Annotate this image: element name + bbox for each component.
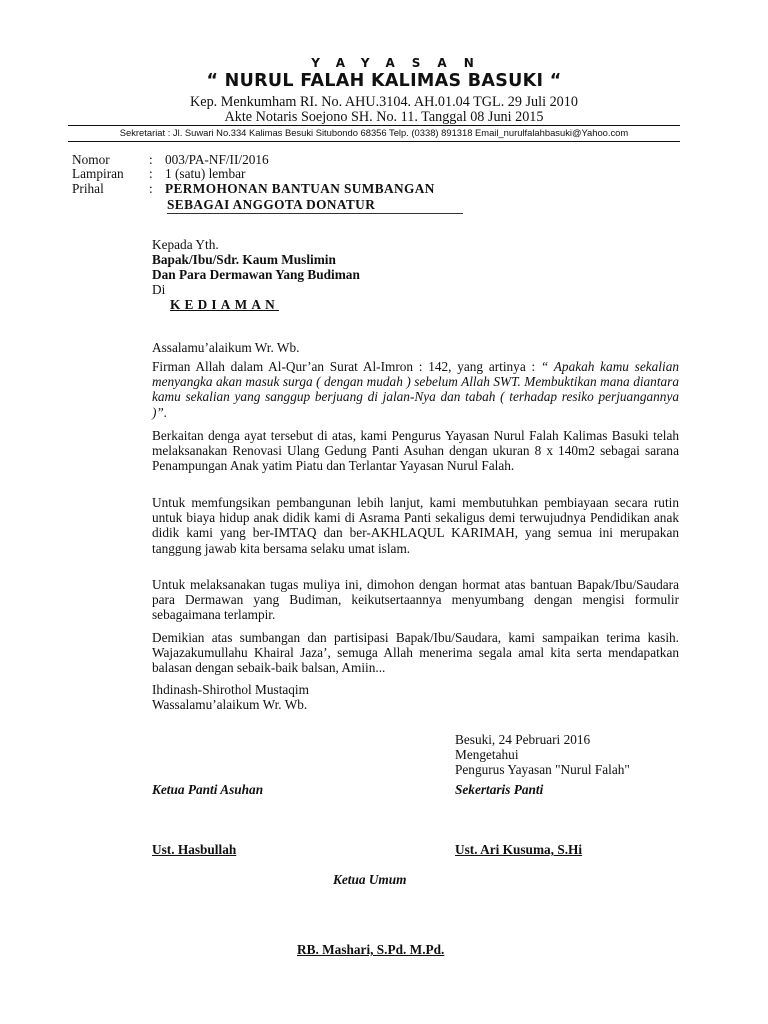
letterhead-address: Sekretariat : Jl. Suwari No.334 Kalimas … <box>68 126 680 139</box>
paragraph-renovation: Berkaitan denga ayat tersebut di atas, k… <box>152 428 679 474</box>
prihal-value-line2: SEBAGAI ANGGOTA DONATUR <box>167 197 375 212</box>
signature-right-role: Sekertaris Panti <box>455 782 543 797</box>
signature-center-name: RB. Mashari, S.Pd. M.Pd. <box>297 942 444 957</box>
letterhead-organization-name: “ NURUL FALAH KALIMAS BASUKI “ <box>0 70 768 92</box>
signature-center-role: Ketua Umum <box>333 872 407 887</box>
signature-right-name: Ust. Ari Kusuma, S.Hi <box>455 842 582 857</box>
closing-prayer: Ihdinash-Shirothol Mustaqim <box>152 682 309 697</box>
recipient-di: Di <box>152 282 165 297</box>
recipient-kediaman: KEDIAMAN <box>170 297 279 312</box>
greeting-salam: Assalamu’alaikum Wr. Wb. <box>152 340 299 355</box>
paragraph-quran-quote: Firman Allah dalam Al-Qur’an Surat Al-Im… <box>152 359 679 420</box>
prihal-value-line1: PERMOHONAN BANTUAN SUMBANGAN <box>165 181 435 196</box>
prihal-underline <box>167 213 463 214</box>
letterhead-notary-deed: Akte Notaris Soejono SH. No. 11. Tanggal… <box>0 109 768 126</box>
nomor-label: Nomor <box>72 152 110 167</box>
recipient-line2: Dan Para Dermawan Yang Budiman <box>152 267 360 282</box>
recipient-line1: Bapak/Ibu/Sdr. Kaum Muslimin <box>152 252 336 267</box>
paragraph-thanks: Demikian atas sumbangan dan partisipasi … <box>152 630 679 676</box>
lampiran-colon: : <box>149 166 153 181</box>
signature-place-date: Besuki, 24 Pebruari 2016 <box>455 732 590 747</box>
paragraph-request: Untuk melaksanakan tugas muliya ini, dim… <box>152 577 679 623</box>
closing-salam: Wassalamu’alaikum Wr. Wb. <box>152 697 307 712</box>
quote-intro: Firman Allah dalam Al-Qur’an Surat Al-Im… <box>152 359 541 374</box>
signature-pengurus: Pengurus Yayasan "Nurul Falah" <box>455 762 630 777</box>
letterhead-rule-bottom <box>68 141 680 142</box>
nomor-colon: : <box>149 152 153 167</box>
signature-mengetahui: Mengetahui <box>455 747 519 762</box>
lampiran-value: 1 (satu) lembar <box>165 166 246 181</box>
prihal-label: Prihal <box>72 181 104 196</box>
letter-page: YAYASAN “ NURUL FALAH KALIMAS BASUKI “ K… <box>0 0 768 1024</box>
nomor-value: 003/PA-NF/II/2016 <box>165 152 269 167</box>
recipient-kepada: Kepada Yth. <box>152 237 219 252</box>
lampiran-label: Lampiran <box>72 166 124 181</box>
prihal-colon: : <box>149 181 153 196</box>
letterhead-yayasan: YAYASAN <box>0 56 768 70</box>
signature-left-name: Ust. Hasbullah <box>152 842 236 857</box>
paragraph-funding-need: Untuk memfungsikan pembangunan lebih lan… <box>152 495 679 556</box>
signature-left-role: Ketua Panti Asuhan <box>152 782 263 797</box>
